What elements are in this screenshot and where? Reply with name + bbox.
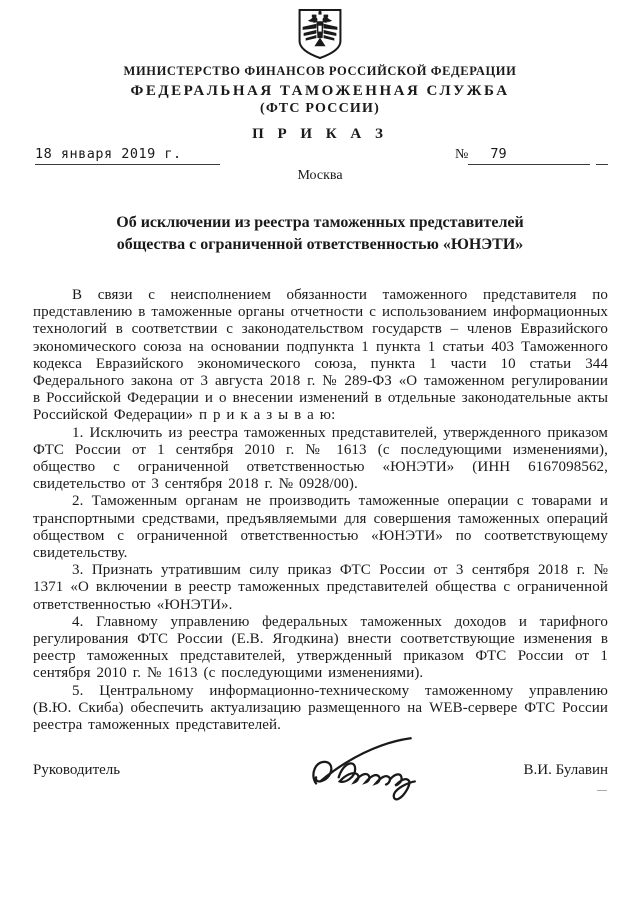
document-title: Об исключении из реестра таможенных пред…: [0, 212, 640, 256]
number-field: № 79: [455, 146, 608, 165]
document-title-line2: общества с ограниченной ответственностью…: [0, 234, 640, 256]
ministry-name: МИНИСТЕРСТВО ФИНАНСОВ РОССИЙСКОЙ ФЕДЕРАЦ…: [0, 64, 640, 79]
document-page: МИНИСТЕРСТВО ФИНАНСОВ РОССИЙСКОЙ ФЕДЕРАЦ…: [0, 0, 640, 905]
russian-coat-of-arms-icon: [296, 8, 344, 60]
number-sign-label: №: [455, 147, 468, 165]
number-value: 79: [468, 146, 590, 165]
agency-short-name: (ФТС РОССИИ): [0, 101, 640, 117]
document-title-line1: Об исключении из реестра таможенных пред…: [0, 212, 640, 234]
order-item-4: 4. Главному управлению федеральных тамож…: [33, 614, 608, 683]
city-label: Москва: [0, 168, 640, 184]
order-item-1: 1. Исключить из реестра таможенных предс…: [33, 425, 608, 494]
order-item-5: 5. Центральному информационно-техническо…: [33, 683, 608, 735]
date-field: 18 января 2019 г.: [35, 146, 220, 165]
order-item-3: 3. Признать утратившим силу приказ ФТС Р…: [33, 562, 608, 614]
preamble-paragraph: В связи с неисполнением обязанности тамо…: [33, 287, 608, 425]
signature-block: Руководитель В.И. Булавин: [33, 762, 608, 779]
signer-position: Руководитель: [33, 762, 120, 779]
date-number-row: 18 января 2019 г. № 79: [0, 145, 640, 165]
document-body: В связи с неисполнением обязанности тамо…: [0, 287, 640, 734]
order-item-2: 2. Таможенным органам не производить там…: [33, 493, 608, 562]
handwritten-signature-icon: [305, 730, 430, 802]
signer-name: В.И. Булавин: [524, 762, 608, 779]
agency-name: ФЕДЕРАЛЬНАЯ ТАМОЖЕННАЯ СЛУЖБА: [0, 83, 640, 100]
emblem-container: [0, 0, 640, 60]
scan-artifact-dash: [597, 790, 607, 791]
number-line-dash: [596, 149, 608, 165]
document-type: П Р И К А З: [0, 126, 640, 143]
